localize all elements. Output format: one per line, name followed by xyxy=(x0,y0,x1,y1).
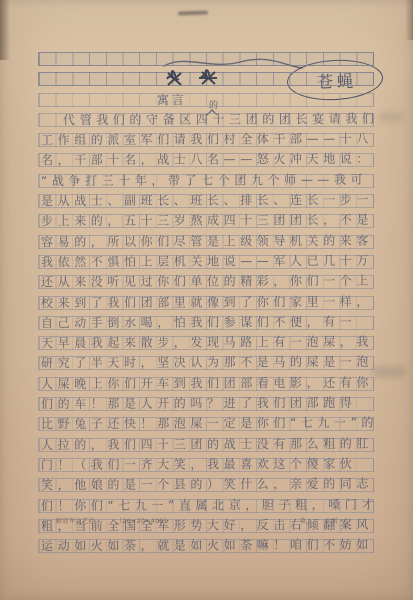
handwriting-line: 天早晨我起来散步，发现马路上有一泡屎，我 xyxy=(41,333,373,352)
handwriting-line: 研究了半天时，坚决认为那不是马的屎是一泡 xyxy=(41,353,373,372)
handwriting-line: 校来到了我们团部里就像到了你们家里一样， xyxy=(41,292,373,311)
handwriting-line: 人拉的，我们四十三团的战士没有那么粗的肛 xyxy=(41,434,373,453)
handwriting-line: 笑，他娘的是一个县的）笑什么，亲爱的同志 xyxy=(41,475,373,494)
paper-smudge xyxy=(372,366,406,378)
grid-row-subtitle: 寓言 xyxy=(38,93,374,107)
crossed-out-title xyxy=(159,69,229,89)
handwriting-line: 运动如火如荼，就是如火如荼嘛！咱们不妨如 xyxy=(41,536,373,555)
grid-row: 代管我们的守备区四十三团的团长宴请我们 xyxy=(38,113,374,127)
grid-row: 人屎晚上你们开车到我们团部看电影，还有你 xyxy=(38,377,374,391)
grid-row: 还从来没听见过你们单位的精彩，你们一个上 xyxy=(38,275,374,289)
page-number-suffix: 页 xyxy=(332,516,339,525)
handwriting-line: 还从来没听见过你们单位的精彩，你们一个上 xyxy=(41,272,373,291)
grid-row: 我依然不惧怕上层机关地说——军人已几十万 xyxy=(38,255,374,269)
grid-row: 是从战士、副班长、班长、排长、连长一步一 xyxy=(38,194,374,208)
grid-row: 比野兔子还快！那泡屎一定是你们“七九一”的 xyxy=(38,417,374,431)
grid-row xyxy=(38,52,374,66)
grid-row-title xyxy=(38,72,374,86)
subtitle-text: 寓言 xyxy=(157,90,187,108)
grid-row: 运动如火如荼，就是如火如荼嘛！咱们不妨如 xyxy=(38,539,374,553)
handwriting-line: 容易的，所以你们尽管是上级领导机关的来客 xyxy=(41,231,373,250)
grid-row: 工作组的派室军们请我们村全体干部——十八 xyxy=(38,133,374,147)
grid-row: 笑，他娘的是一个县的）笑什么，亲爱的同志 xyxy=(38,478,374,492)
handwriting-line: 自己动手倒水喝，怕我们参谋们不便，有一 xyxy=(41,312,356,331)
handwriting-line: 比野兔子还快！那泡屎一定是你们“七九一”的 xyxy=(41,414,378,433)
grid-row: 自己动手倒水喝，怕我们参谋们不便，有一 xyxy=(38,316,374,330)
publisher-label: 解放军文艺社 xyxy=(56,516,95,525)
handwriting-line: 工作组的派室军们请我们村全体干部——十八 xyxy=(41,130,373,149)
handwriting-line: 们的车！那是人开的吗？进了我们团部跑得 xyxy=(41,394,356,413)
handwriting-line: 们！你们“七九一”直属北京，胆子粗，嗓门才 xyxy=(41,495,378,514)
grid-row: 天早晨我起来散步，发现马路上有一泡屎，我 xyxy=(38,336,374,350)
manuscript-page: 苍蝇 的 寓言 代管我们的守备区四十三团的团长宴请我们 工作组的派室军们请我们村… xyxy=(0,0,413,600)
handwriting-line: 门！（我们一齐大笑，我最喜欢这个傻家伙 xyxy=(41,455,356,474)
handwriting-line: “战争打三十年，带了七个团九个师——我可 xyxy=(41,170,367,189)
grid-row: 们的车！那是人开的吗？进了我们团部跑得 xyxy=(38,397,374,411)
scan-shadow-top-right xyxy=(405,0,413,40)
scan-shadow-top-left xyxy=(0,0,10,60)
handwriting-line: 我依然不惧怕上层机关地说——军人已几十万 xyxy=(41,252,373,271)
page-number-prefix: 第 xyxy=(300,516,307,525)
handwriting-line: 是从战士、副班长、班长、排长、连长一步一 xyxy=(41,191,373,210)
handwriting-line: 步上来的，五十三岁熬成四十三团团长，不是 xyxy=(41,211,373,230)
grid-row: 们！你们“七九一”直属北京，胆子粗，嗓门才 xyxy=(38,499,374,513)
grid-spec-label: （20×20=400） xyxy=(116,516,170,525)
grid-row: 研究了半天时，坚决认为那不是马的屎是一泡 xyxy=(38,356,374,370)
manuscript-footer: 解放军文艺社 （20×20=400） 第 页 xyxy=(38,516,374,526)
handwriting-line: 代管我们的守备区四十三团的团长宴请我们 xyxy=(63,110,378,129)
paper-smudge xyxy=(378,112,404,122)
grid-row: 容易的，所以你们尽管是上级领导机关的来客 xyxy=(38,235,374,249)
grid-row: 人拉的，我们四十三团的战士没有那么粗的肛 xyxy=(38,438,374,452)
grid-row: 校来到了我们团部里就像到了你们家里一样， xyxy=(38,296,374,310)
handwriting-line: 人屎晚上你们开车到我们团部看电影，还有你 xyxy=(41,373,373,392)
scan-smudge-mark xyxy=(178,10,208,15)
grid-row: 步上来的，五十三岁熬成四十三团团长，不是 xyxy=(38,214,374,228)
grid-paper: 寓言 代管我们的守备区四十三团的团长宴请我们 工作组的派室军们请我们村全体干部—… xyxy=(38,52,374,559)
grid-row: 名，干部十名，战士八名——怒火冲天地说： xyxy=(38,153,374,167)
handwriting-line: 名，干部十名，战士八名——怒火冲天地说： xyxy=(41,150,373,169)
grid-row: 门！（我们一齐大笑，我最喜欢这个傻家伙 xyxy=(38,458,374,472)
grid-row: “战争打三十年，带了七个团九个师——我可 xyxy=(38,174,374,188)
